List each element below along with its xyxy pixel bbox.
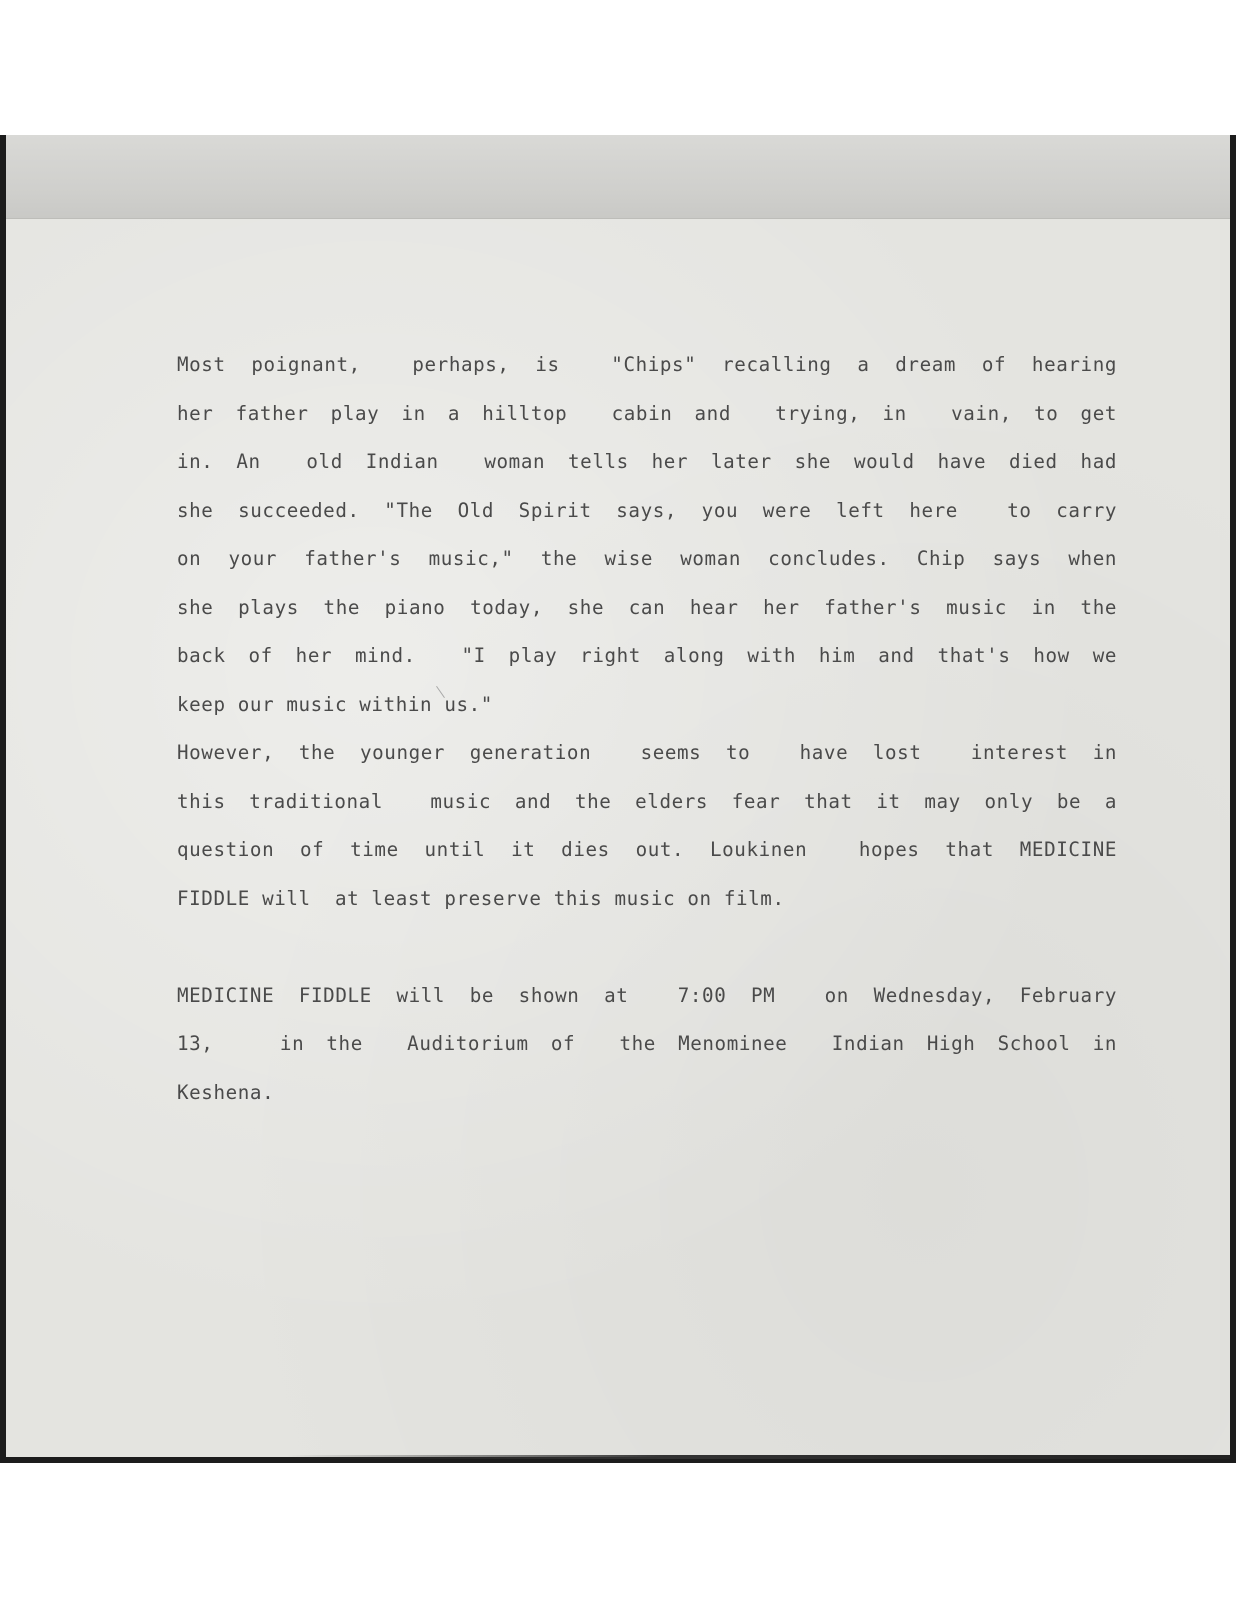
text-line: her father play in a hilltop cabin and t…	[177, 402, 1117, 451]
text-line: she succeeded. "The Old Spirit says, you…	[177, 499, 1117, 548]
paragraph-chips-dream: Most poignant, perhaps, is "Chips" recal…	[177, 353, 1117, 741]
text-line: in. An old Indian woman tells her later …	[177, 450, 1117, 499]
text-line: keep our music within us."	[177, 693, 1117, 742]
paragraph-younger-generation: However, the younger generation seems to…	[177, 741, 1117, 935]
text-line: she plays the piano today, she can hear …	[177, 596, 1117, 645]
text-line: However, the younger generation seems to…	[177, 741, 1117, 790]
text-line: 13, in the Auditorium of the Menominee I…	[177, 1032, 1117, 1081]
text-line: FIDDLE will at least preserve this music…	[177, 887, 1117, 936]
text-line: on your father's music," the wise woman …	[177, 547, 1117, 596]
paragraph-spacer	[177, 935, 1117, 984]
paper-bottom-shadow	[286, 1455, 1230, 1459]
text-line: MEDICINE FIDDLE will be shown at 7:00 PM…	[177, 984, 1117, 1033]
text-line: this traditional music and the elders fe…	[177, 790, 1117, 839]
text-line: Most poignant, perhaps, is "Chips" recal…	[177, 353, 1117, 402]
text-line: back of her mind. "I play right along wi…	[177, 644, 1117, 693]
text-line: Keshena.	[177, 1081, 1117, 1130]
document-body: Most poignant, perhaps, is "Chips" recal…	[177, 353, 1117, 1129]
text-line: question of time until it dies out. Louk…	[177, 838, 1117, 887]
paper-top-strip	[6, 135, 1230, 219]
paragraph-screening-info: MEDICINE FIDDLE will be shown at 7:00 PM…	[177, 984, 1117, 1130]
